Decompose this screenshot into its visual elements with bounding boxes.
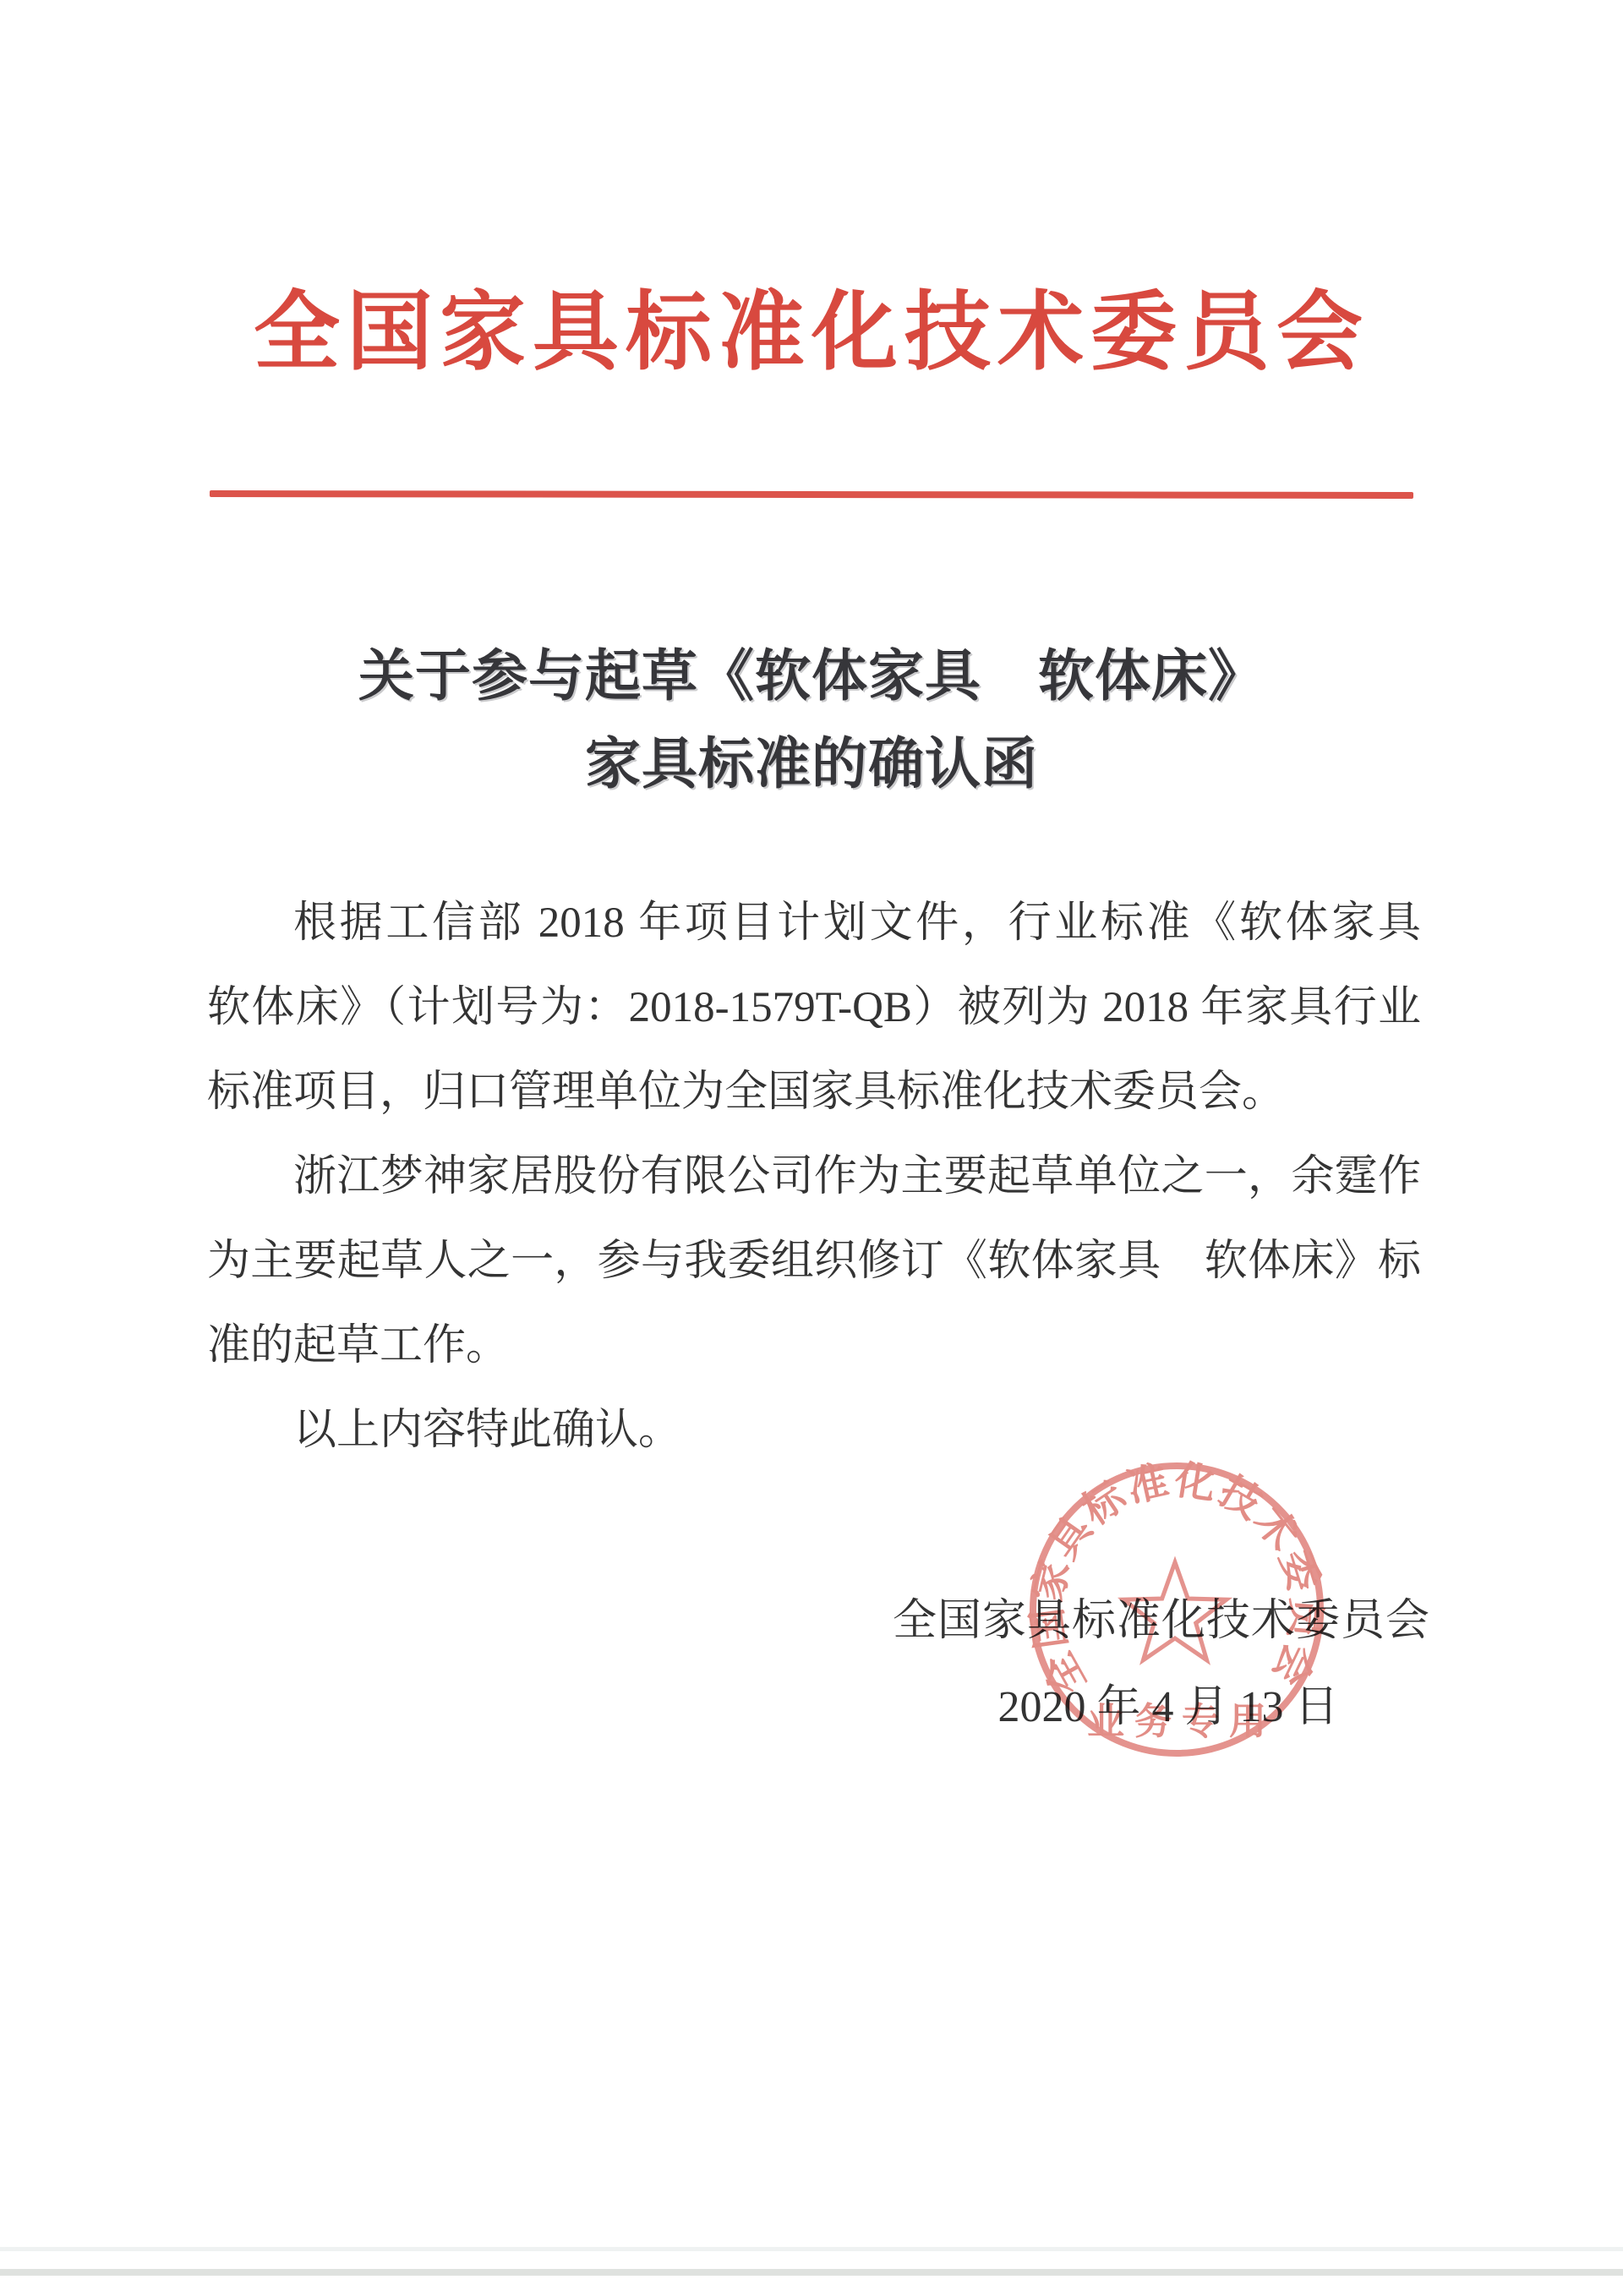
seal-ring-text-label: 全国家具标准化技术委员会 — [1025, 1457, 1328, 1702]
seal-ring-text: 全国家具标准化技术委员会 — [1025, 1457, 1328, 1702]
body-line: 标准项目，归口管理单位为全国家具标准化技术委员会。 — [207, 1050, 1421, 1134]
document-page: 全国家具标准化技术委员会 关于参与起草《软体家具 软体床》 家具标准的确认函 根… — [0, 0, 1623, 2296]
body-line: 浙江梦神家居股份有限公司作为主要起草单位之一，余霆作 — [207, 1134, 1421, 1219]
seal-bottom-text: 业务专用 — [1087, 1701, 1276, 1742]
official-seal: 全国家具标准化技术委员会 业务专用 — [1009, 1442, 1344, 1777]
scan-artifact-line — [0, 2269, 1623, 2276]
body-text: 根据工信部 2018 年项目计划文件，行业标准《软体家具 软体床》（计划号为：2… — [207, 881, 1421, 1473]
star-icon — [1123, 1562, 1227, 1660]
document-title-line2: 家具标准的确认函 — [0, 719, 1623, 799]
letterhead-divider — [210, 490, 1413, 499]
scan-artifact-faint-line — [0, 2247, 1623, 2251]
letterhead-org-name: 全国家具标准化技术委员会 — [0, 264, 1623, 387]
body-line: 软体床》（计划号为：2018-1579T-QB）被列为 2018 年家具行业 — [207, 965, 1421, 1050]
body-line: 根据工信部 2018 年项目计划文件，行业标准《软体家具 — [207, 881, 1421, 965]
body-line: 准的起草工作。 — [207, 1304, 1421, 1388]
document-title-line1: 关于参与起草《软体家具 软体床》 — [0, 631, 1623, 711]
body-line: 为主要起草人之一，参与我委组织修订《软体家具 软体床》标 — [207, 1219, 1421, 1304]
